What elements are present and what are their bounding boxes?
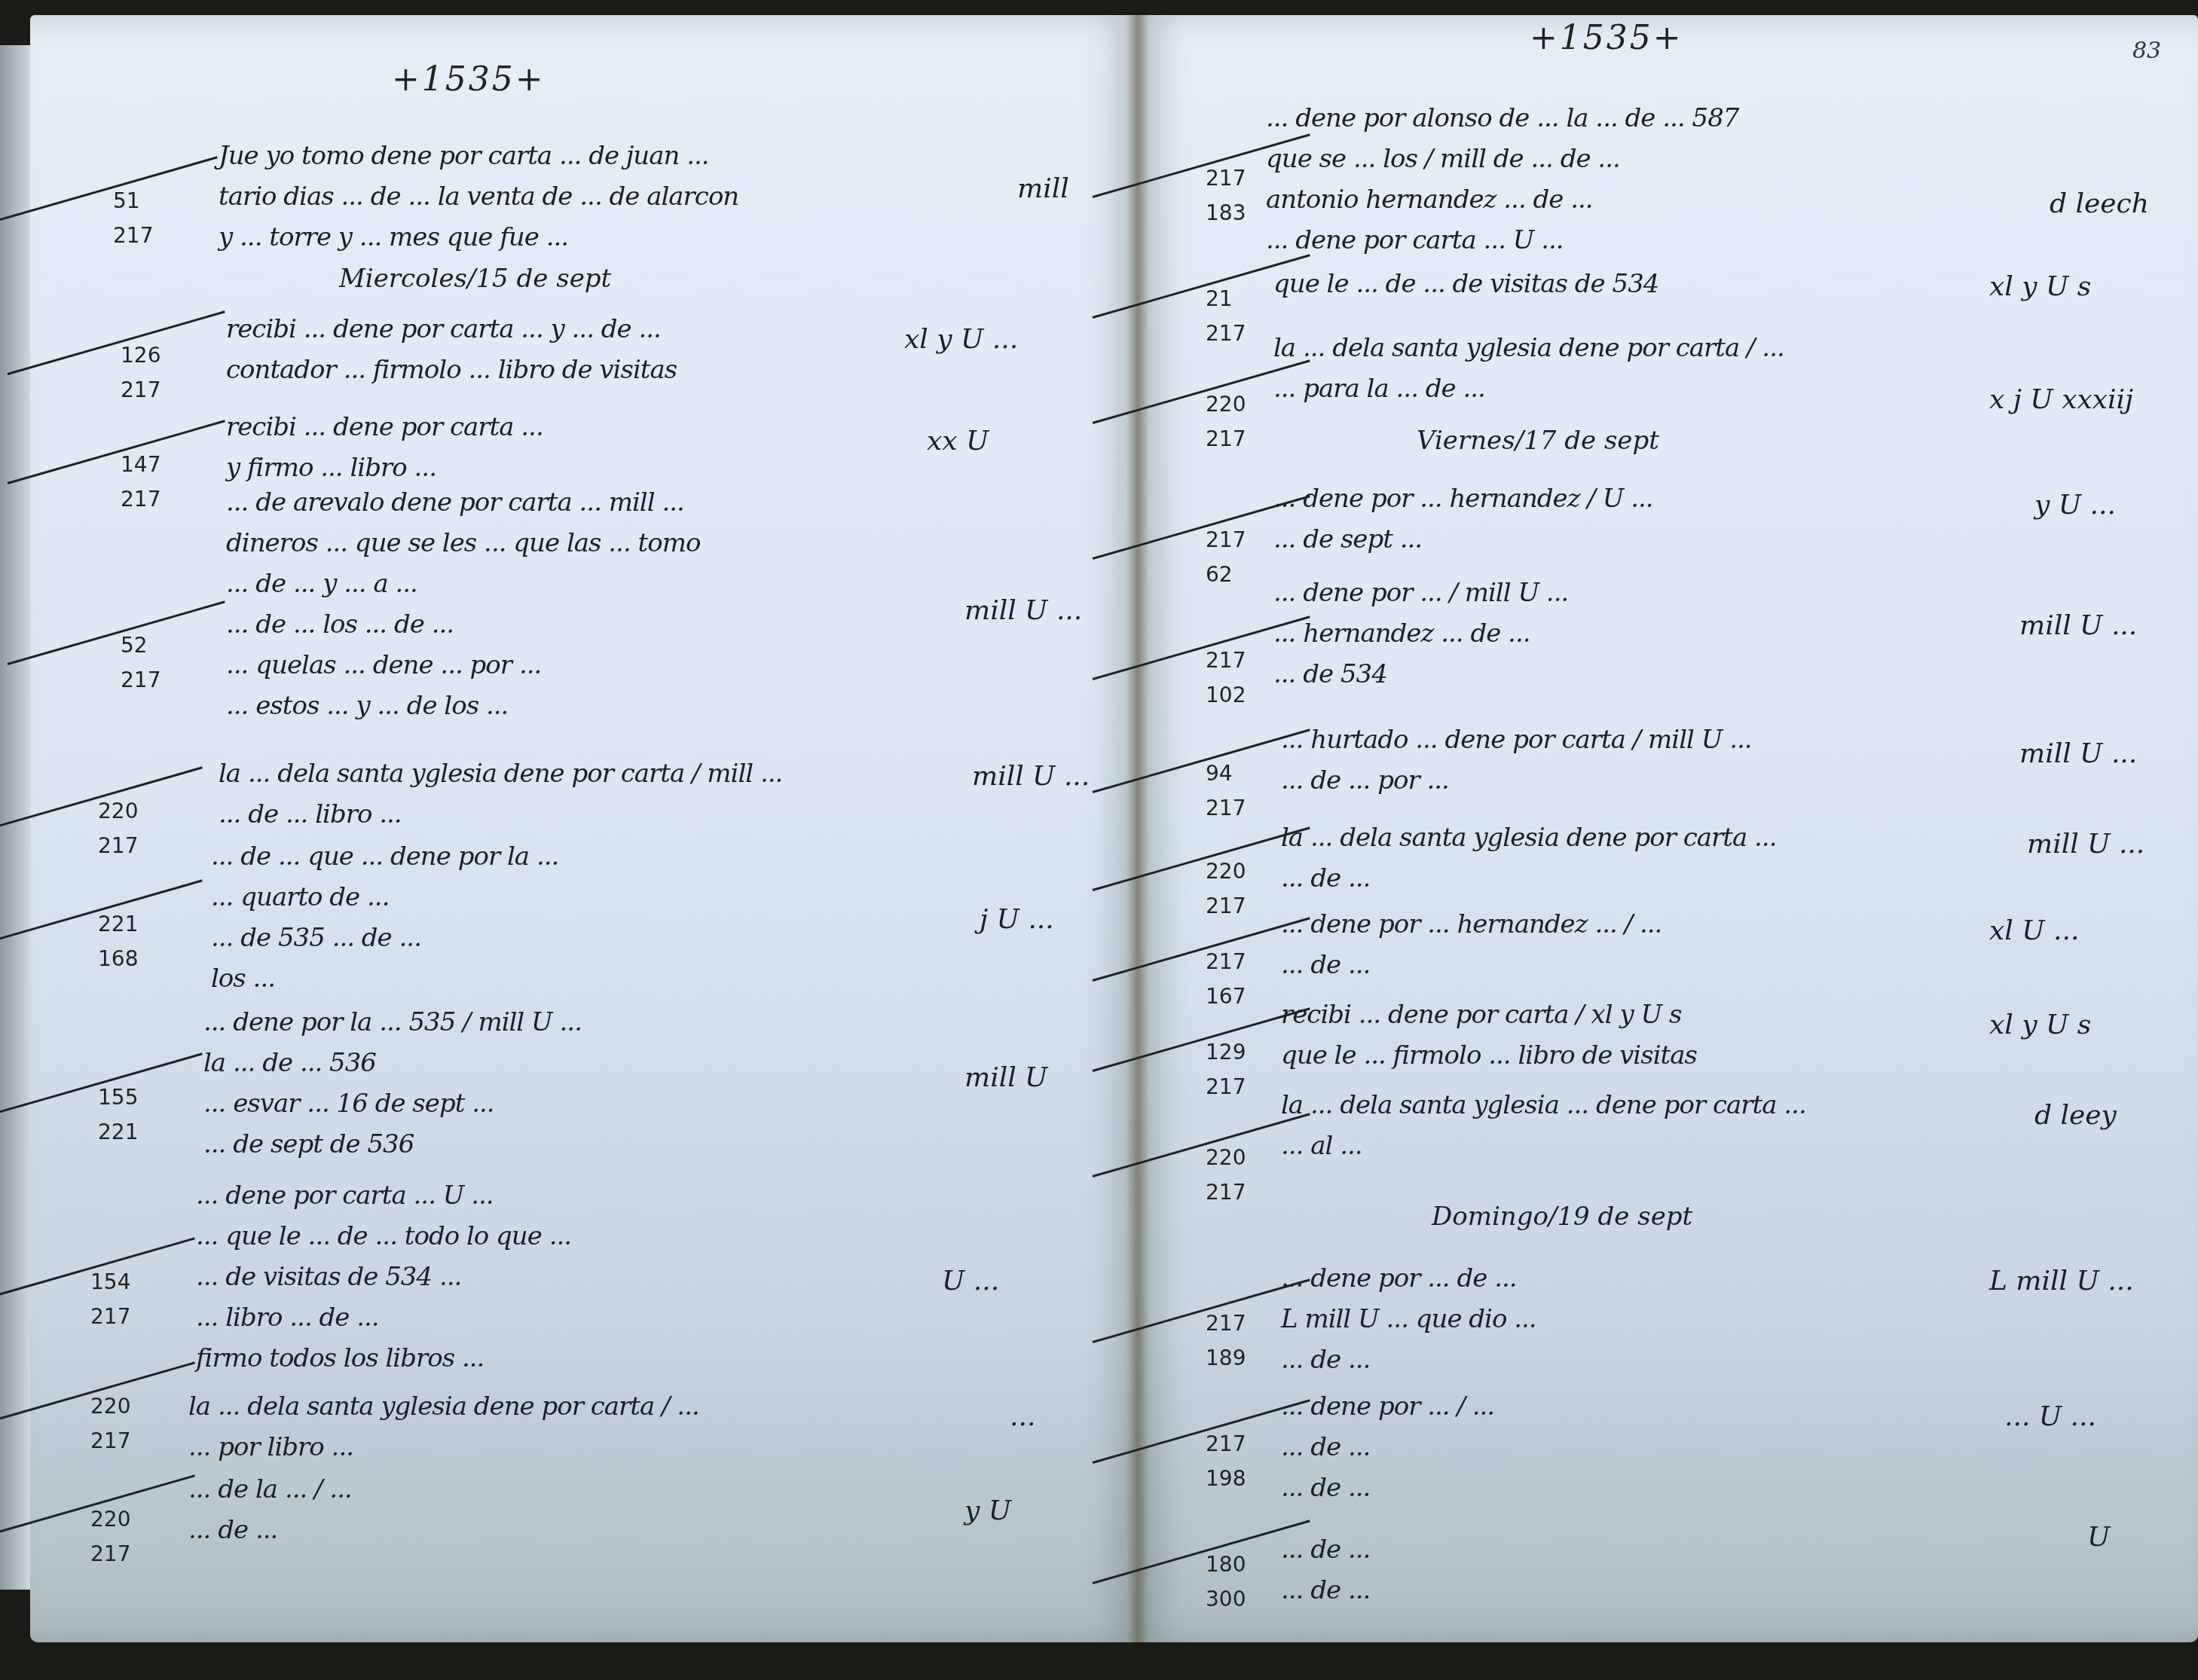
- entry-line: ... de ...: [188, 1510, 352, 1550]
- entry-line: Jue yo tomo dene por carta ... de juan .…: [219, 136, 738, 176]
- left-entry-8: ... dene por carta ... U ... ... que le …: [196, 1175, 571, 1379]
- entry-line: la ... dela santa yglesia ... dene por c…: [1281, 1085, 1806, 1126]
- entry-amount: mill: [1017, 173, 1069, 204]
- right-entry-13: ... de ... ... de ...: [1281, 1529, 1370, 1611]
- entry-amount: L mill U ...: [1989, 1266, 2134, 1297]
- entry-line: ... dene por carta ... U ...: [196, 1175, 571, 1216]
- date-heading: Viernes/17 de sept: [1417, 426, 1659, 456]
- entry-line: ... de ...: [1281, 1427, 1494, 1468]
- entry-line: recibi ... dene por carta ... y ... de .…: [226, 309, 677, 350]
- entry-line: ... por libro ...: [188, 1427, 699, 1468]
- entry-line: ... dene por ... hernandez ... / ...: [1281, 904, 1661, 945]
- left-entry-6: ... de ... que ... dene por la ... ... q…: [211, 836, 558, 999]
- entry-line: ... para la ... de ...: [1273, 368, 1784, 409]
- entry-line: ... de sept ...: [1273, 519, 1653, 560]
- entry-line: L mill U ... que dio ...: [1281, 1299, 1536, 1339]
- entry-line: ... de sept de 536: [203, 1124, 582, 1165]
- entry-line: ... quelas ... dene ... por ...: [226, 645, 700, 686]
- entry-line: ... quarto de ...: [211, 877, 558, 918]
- entry-amount: mill U ...: [2027, 829, 2145, 860]
- entry-line: ... de 535 ... de ...: [211, 918, 558, 958]
- right-entry-12: ... dene por ... / ... ... de ... ... de…: [1281, 1386, 1494, 1508]
- entry-line: ... libro ... de ...: [196, 1297, 571, 1338]
- right-entry-10: la ... dela santa yglesia ... dene por c…: [1281, 1085, 1806, 1166]
- entry-line: ... al ...: [1281, 1126, 1806, 1166]
- entry-line: ... de ...: [1281, 945, 1661, 985]
- right-entry-8: ... dene por ... hernandez ... / ... ...…: [1281, 904, 1661, 985]
- left-entry-4: ... de arevalo dene por carta ... mill .…: [226, 482, 700, 726]
- entry-amount: ... U ...: [2004, 1401, 2096, 1432]
- entry-line: ... de ...: [1281, 1339, 1536, 1380]
- entry-amount: mill U: [964, 1062, 1047, 1093]
- entry-line: ... dene por la ... 535 / mill U ...: [203, 1002, 582, 1043]
- entry-line: ... hernandez ... de ...: [1273, 613, 1568, 654]
- entry-line: que se ... los / mill de ... de ...: [1266, 139, 1738, 179]
- entry-amount: d leech: [2050, 188, 2149, 219]
- right-entry-1: ... dene por alonso de ... la ... de ...…: [1266, 98, 1738, 261]
- entry-line: que le ... de ... de visitas de 534: [1273, 264, 1658, 304]
- date-heading: Domingo/19 de sept: [1432, 1202, 1692, 1232]
- entry-amount: U ...: [942, 1266, 999, 1297]
- entry-amount: mill U ...: [972, 761, 1090, 792]
- left-entry-5: la ... dela santa yglesia dene por carta…: [219, 753, 782, 835]
- entry-amount: j U ...: [980, 904, 1054, 935]
- entry-amount: x j U xxxiij: [1989, 384, 2133, 415]
- date-heading: Miercoles/15 de sept: [339, 264, 611, 294]
- entry-line: ... de ... los ... de ...: [226, 604, 700, 645]
- entry-amount: xx U: [927, 426, 989, 457]
- entry-line: ... de ... por ...: [1281, 760, 1752, 801]
- entry-amount: y U ...: [2034, 490, 2116, 521]
- entry-amount: y U: [964, 1495, 1011, 1526]
- left-entry-1: Jue yo tomo dene por carta ... de juan .…: [219, 136, 738, 258]
- entry-line: ... de ...: [1281, 1529, 1370, 1570]
- entry-line: dineros ... que se les ... que las ... t…: [226, 523, 700, 564]
- entry-line: ... de la ... / ...: [188, 1469, 352, 1510]
- right-entry-7: la ... dela santa yglesia dene por carta…: [1281, 817, 1776, 899]
- entry-line: ... dene por carta ... U ...: [1266, 220, 1738, 261]
- entry-line: ... hurtado ... dene por carta / mill U …: [1281, 719, 1752, 760]
- left-entry-2: recibi ... dene por carta ... y ... de .…: [226, 309, 677, 390]
- entry-line: recibi ... dene por carta / xl y U s: [1281, 994, 1697, 1035]
- entry-line: los ...: [211, 958, 558, 999]
- folio-number: 83: [2132, 38, 2161, 64]
- entry-line: ... de ...: [1281, 1468, 1494, 1508]
- entry-line: ... que le ... de ... todo lo que ...: [196, 1216, 571, 1257]
- entry-line: ... estos ... y ... de los ...: [226, 686, 700, 726]
- entry-line: ... de ...: [1281, 858, 1776, 899]
- entry-line: la ... de ... 536: [203, 1043, 582, 1083]
- book-gutter: [1127, 15, 1149, 1642]
- entry-line: ... de ... libro ...: [219, 794, 782, 835]
- right-year-heading: +1535+: [1530, 19, 1683, 57]
- left-entry-3: recibi ... dene por carta ... y firmo ..…: [226, 407, 543, 488]
- entry-line: ... de 534: [1273, 654, 1568, 695]
- entry-line: contador ... firmolo ... libro de visita…: [226, 350, 677, 390]
- entry-amount: xl y U ...: [904, 324, 1018, 355]
- entry-line: que le ... firmolo ... libro de visitas: [1281, 1035, 1697, 1076]
- right-entry-9: recibi ... dene por carta / xl y U s que…: [1281, 994, 1697, 1076]
- entry-line: ... esvar ... 16 de sept ...: [203, 1083, 582, 1124]
- entry-amount: mill U ...: [964, 595, 1082, 626]
- entry-amount: d leey: [2034, 1100, 2117, 1131]
- entry-line: ... dene por alonso de ... la ... de ...…: [1266, 98, 1738, 139]
- entry-line: ... dene por ... de ...: [1281, 1258, 1536, 1299]
- left-entry-9: la ... dela santa yglesia dene por carta…: [188, 1386, 699, 1468]
- right-entry-5: ... dene por ... / mill U ... ... hernan…: [1273, 573, 1568, 695]
- entry-line: ... de ... que ... dene por la ...: [211, 836, 558, 877]
- entry-line: la ... dela santa yglesia dene por carta…: [1281, 817, 1776, 858]
- right-entry-2: que le ... de ... de visitas de 534: [1273, 264, 1658, 304]
- entry-line: ... dene por ... / mill U ...: [1273, 573, 1568, 613]
- right-entry-11: ... dene por ... de ... L mill U ... que…: [1281, 1258, 1536, 1380]
- entry-line: tario dias ... de ... la venta de ... de…: [219, 176, 738, 217]
- entry-amount: ...: [1010, 1401, 1035, 1432]
- entry-line: la ... dela santa yglesia dene por carta…: [1273, 328, 1784, 368]
- entry-amount: xl y U s: [1989, 1010, 2091, 1040]
- right-entry-4: ... dene por ... hernandez / U ... ... d…: [1273, 478, 1653, 560]
- entry-line: ... dene por ... hernandez / U ...: [1273, 478, 1653, 519]
- entry-amount: mill U ...: [2019, 610, 2137, 641]
- entry-line: recibi ... dene por carta ...: [226, 407, 543, 447]
- entry-amount: mill U ...: [2019, 738, 2137, 769]
- entry-line: ... de ...: [1281, 1570, 1370, 1611]
- entry-line: ... de ... y ... a ...: [226, 564, 700, 604]
- left-year-heading: +1535+: [392, 60, 546, 99]
- entry-line: ... de visitas de 534 ...: [196, 1257, 571, 1297]
- right-entry-3: la ... dela santa yglesia dene por carta…: [1273, 328, 1784, 409]
- right-entry-6: ... hurtado ... dene por carta / mill U …: [1281, 719, 1752, 801]
- entry-line: la ... dela santa yglesia dene por carta…: [188, 1386, 699, 1427]
- entry-line: antonio hernandez ... de ...: [1266, 179, 1738, 220]
- entry-amount: xl y U s: [1989, 271, 2091, 302]
- entry-amount: xl U ...: [1989, 915, 2079, 946]
- entry-line: la ... dela santa yglesia dene por carta…: [219, 753, 782, 794]
- entry-line: ... dene por ... / ...: [1281, 1386, 1494, 1427]
- entry-line: y ... torre y ... mes que fue ...: [219, 217, 738, 258]
- entry-line: firmo todos los libros ...: [196, 1338, 571, 1379]
- left-entry-10: ... de la ... / ... ... de ...: [188, 1469, 352, 1550]
- entry-amount: U: [2087, 1522, 2110, 1553]
- left-entry-7: ... dene por la ... 535 / mill U ... la …: [203, 1002, 582, 1165]
- entry-line: ... de arevalo dene por carta ... mill .…: [226, 482, 700, 523]
